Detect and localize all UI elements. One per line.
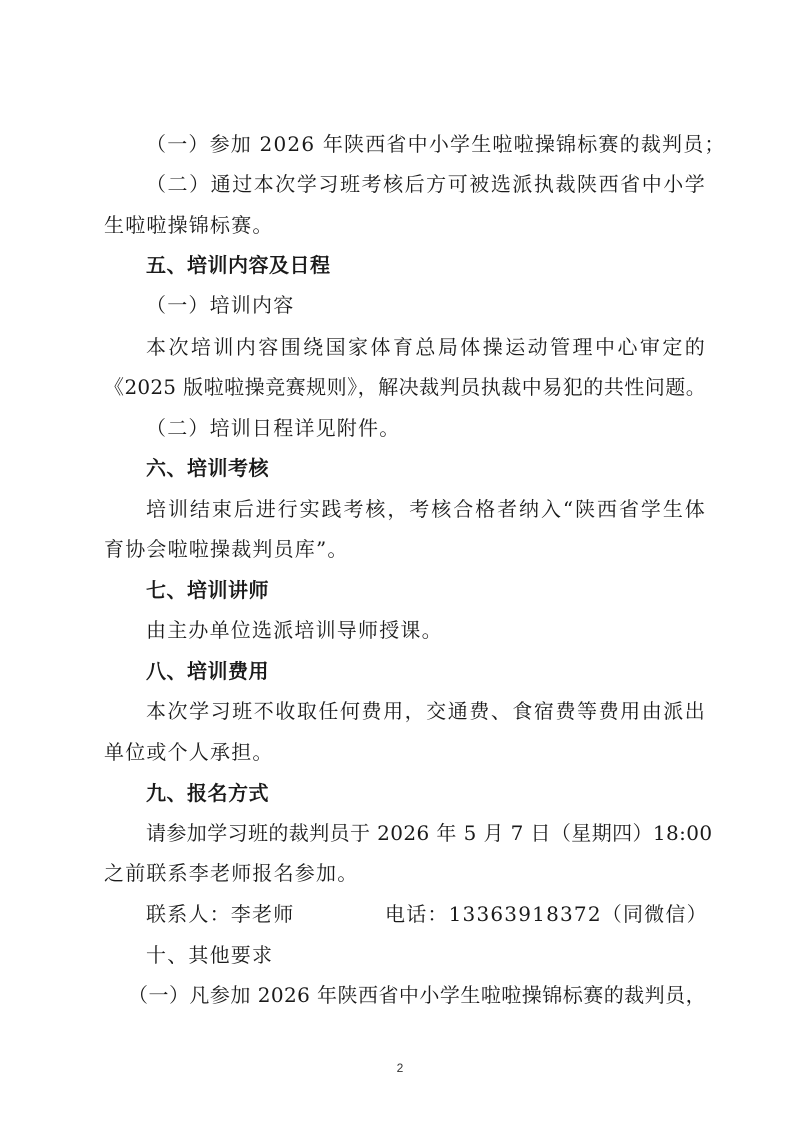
paragraph-line: 育协会啦啦操裁判员库”。 (104, 536, 706, 562)
paragraph-line: 培训结束后进行实践考核，考核合格者纳入“陕西省学生体 (146, 496, 706, 522)
section-heading-7: 七、培训讲师 (146, 577, 706, 603)
section-heading-8: 八、培训费用 (146, 658, 706, 684)
document-page: （一）参加 2026 年陕西省中小学生啦啦操锦标赛的裁判员； （二）通过本次学习… (0, 0, 800, 1131)
section-heading-5: 五、培训内容及日程 (146, 252, 706, 278)
paragraph-line: （二）通过本次学习班考核后方可被选派执裁陕西省中小学 (146, 171, 706, 197)
page-number: 2 (0, 1061, 800, 1075)
paragraph-line: （一）凡参加 2026 年陕西省中小学生啦啦操锦标赛的裁判员， (128, 982, 706, 1008)
section-heading-6: 六、培训考核 (146, 455, 706, 481)
section-heading-9: 九、报名方式 (146, 780, 706, 806)
paragraph-line: 生啦啦操锦标赛。 (104, 212, 706, 238)
paragraph-line: 请参加学习班的裁判员于 2026 年 5 月 7 日（星期四）18:00 (146, 820, 706, 846)
contact-line: 联系人：李老师 电话：13363918372（同微信） (146, 901, 706, 927)
paragraph-line: （一）参加 2026 年陕西省中小学生啦啦操锦标赛的裁判员； (146, 131, 706, 157)
contact-person: 联系人：李老师 (146, 902, 294, 926)
contact-phone: 电话：13363918372（同微信） (385, 901, 708, 927)
paragraph-line: 本次培训内容围绕国家体育总局体操运动管理中心审定的 (146, 334, 706, 360)
paragraph-line: （二）培训日程详见附件。 (146, 415, 706, 441)
paragraph-line: 之前联系李老师报名参加。 (104, 860, 706, 886)
paragraph-line: 《2025 版啦啦操竞赛规则》，解决裁判员执裁中易犯的共性问题。 (104, 374, 706, 400)
subsection-title: （一）培训内容 (146, 292, 706, 318)
section-heading-10: 十、其他要求 (146, 942, 706, 968)
paragraph-line: 本次学习班不收取任何费用，交通费、食宿费等费用由派出 (146, 698, 706, 724)
paragraph-line: 由主办单位选派培训导师授课。 (146, 617, 706, 643)
paragraph-line: 单位或个人承担。 (104, 739, 706, 765)
